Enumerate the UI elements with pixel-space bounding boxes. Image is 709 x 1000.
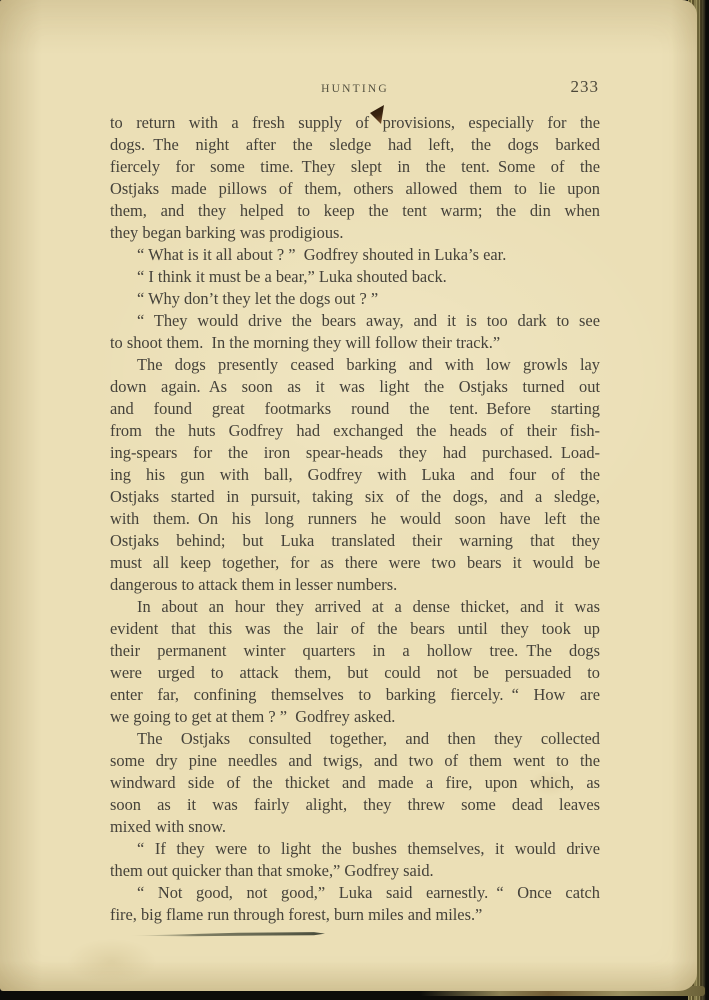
text-line: from the huts Godfrey had exchanged the … [110,420,600,442]
text-line: In about an hour they arrived at a dense… [110,596,600,618]
ink-blot-mark [368,103,386,127]
text-line: they began barking was prodigious. [110,222,600,244]
running-head: HUNTING 233 [110,78,600,100]
text-line: mixed with snow. [110,816,600,838]
text-line: ing his gun with ball, Godfrey with Luka… [110,464,600,486]
text-line: fire, big flame run through forest, burn… [110,904,600,926]
text-line: soon as it was fairly alight, they threw… [110,794,600,816]
text-line: some dry pine needles and twigs, and two… [110,750,600,772]
text-line: must all keep together, for as there wer… [110,552,600,574]
text-line: Ostjaks started in pursuit, taking six o… [110,486,600,508]
text-line: down again. As soon as it was light the … [110,376,600,398]
scratch-mark [128,931,328,938]
text-line: dangerous to attack them in lesser numbe… [110,574,600,596]
text-line: them, and they helped to keep the tent w… [110,200,600,222]
text-line: “ What is it all about ? ” Godfrey shout… [110,244,600,266]
text-line: them out quicker than that smoke,” Godfr… [110,860,600,882]
text-line: “ Why don’t they let the dogs out ? ” [110,288,600,310]
text-line: we going to get at them ? ” Godfrey aske… [110,706,600,728]
text-line: dogs. The night after the sledge had lef… [110,134,600,156]
page-number: 233 [571,78,600,96]
text-line: ing-spears for the iron spear-heads they… [110,442,600,464]
text-line: and found great footmarks round the tent… [110,398,600,420]
text-line: The Ostjaks consulted together, and then… [110,728,600,750]
text-line: to shoot them. In the morning they will … [110,332,600,354]
text-line: windward side of the thicket and made a … [110,772,600,794]
text-line: fiercely for some time. They slept in th… [110,156,600,178]
text-line: Ostjaks made pillows of them, others all… [110,178,600,200]
text-line: to return with a fresh supply of provisi… [110,112,600,134]
text-line: “ Not good, not good,” Luka said earnest… [110,882,600,904]
text-line: were urged to attack them, but could not… [110,662,600,684]
text-line: with them. On his long runners he would … [110,508,600,530]
text-line: “ I think it must be a bear,” Luka shout… [110,266,600,288]
text-line: evident that this was the lair of the be… [110,618,600,640]
text-line: Ostjaks behind; but Luka translated thei… [110,530,600,552]
text-line: their permanent winter quarters in a hol… [110,640,600,662]
book-page: HUNTING 233 to return with a fresh suppl… [0,0,697,991]
body-text: to return with a fresh supply of provisi… [110,112,600,926]
text-line: The dogs presently ceased barking and wi… [110,354,600,376]
text-line: “ If they were to light the bushes thems… [110,838,600,860]
text-line: enter far, confining themselves to barki… [110,684,600,706]
running-head-title: HUNTING [110,83,600,95]
text-line: “ They would drive the bears away, and i… [110,310,600,332]
scanned-page-photo: HUNTING 233 to return with a fresh suppl… [0,0,709,1000]
